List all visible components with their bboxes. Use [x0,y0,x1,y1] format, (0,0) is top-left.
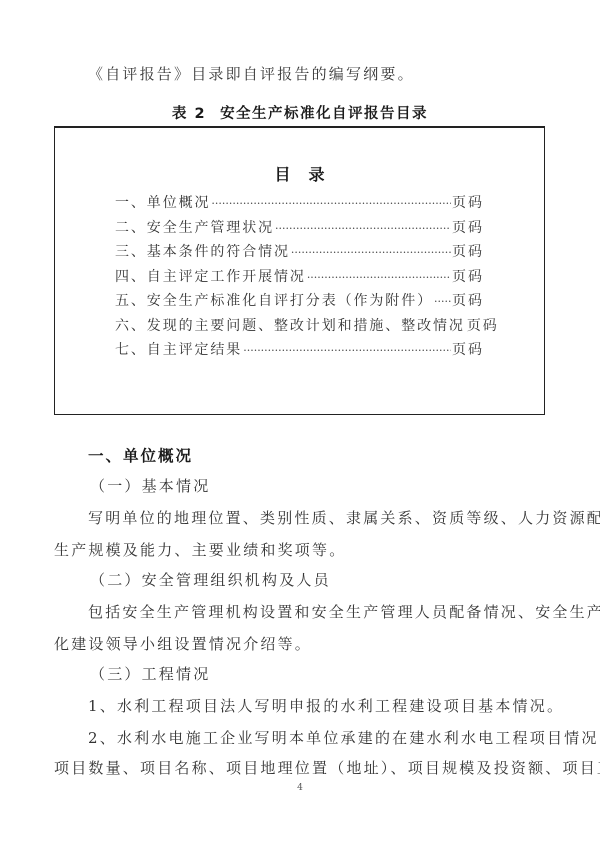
toc-item-page: 页码 [452,192,484,212]
toc-leader-dots: ········································… [243,344,451,357]
section-heading: 一、单位概况 [88,446,193,466]
toc-item-label: 六、发现的主要问题、整改计划和措施、整改情况 [115,315,465,335]
toc-list: 一、单位概况 ·································… [115,192,484,364]
toc-item: 三、基本条件的符合情况 ····························… [115,241,484,266]
table-title: 安全生产标准化自评报告目录 [220,106,428,122]
toc-leader-dots: ········································… [307,271,451,284]
paragraph-line: 1、水利工程项目法人写明申报的水利工程建设项目基本情况。 [88,696,564,716]
toc-item-label: 二、安全生产管理状况 [115,217,274,237]
paragraph-line: 项目数量、项目名称、项目地理位置（地址）、项目规模及投资额、项目工期、 [54,758,600,778]
paragraph-line: 生产规模及能力、主要业绩和奖项等。 [54,540,346,560]
page-number: 4 [0,783,600,793]
toc-title: 目录 [55,162,544,185]
toc-item: 五、安全生产标准化自评打分表（作为附件） ···················… [115,290,484,315]
toc-item-page: 页码 [452,217,484,237]
toc-item-page: 页码 [452,266,484,286]
toc-leader-dots: ········································… [434,295,451,308]
toc-item-page: 页码 [467,315,499,335]
paragraph-line: 2、水利水电施工企业写明本单位承建的在建水利水电工程项目情况：在建 [88,728,600,748]
toc-leader-dots: ········································… [291,246,451,259]
toc-item: 一、单位概况 ·································… [115,192,484,217]
subsection-heading: （三）工程情况 [90,664,210,684]
toc-item-label: 一、单位概况 [115,192,210,212]
toc-item-label: 三、基本条件的符合情况 [115,241,290,261]
toc-leader-dots: ········································… [275,222,451,235]
table-caption: 表 2安全生产标准化自评报告目录 [0,104,600,124]
toc-item-page: 页码 [452,290,484,310]
paragraph-line: 写明单位的地理位置、类别性质、隶属关系、资质等级、人力资源配置、 [88,508,600,528]
subsection-heading: （二）安全管理组织机构及人员 [90,570,331,590]
toc-item: 四、自主评定工作开展情况 ···························… [115,266,484,291]
paragraph-line: 化建设领导小组设置情况介绍等。 [54,634,312,654]
toc-item: 二、安全生产管理状况 ·····························… [115,217,484,242]
paragraph-line: 包括安全生产管理机构设置和安全生产管理人员配备情况、安全生产标准 [88,602,600,622]
toc-leader-dots: ········································… [211,197,451,210]
toc-item-label: 四、自主评定工作开展情况 [115,266,306,286]
toc-item-page: 页码 [452,241,484,261]
subsection-heading: （一）基本情况 [90,476,210,496]
toc-table: 目录 一、单位概况 ······························… [54,126,545,415]
table-number: 表 2 [172,106,206,122]
toc-item: 六、发现的主要问题、整改计划和措施、整改情况 ·················… [115,315,484,340]
toc-item-page: 页码 [452,339,484,359]
toc-item: 七、自主评定结果 ·······························… [115,339,484,364]
toc-item-label: 七、自主评定结果 [115,339,242,359]
toc-item-label: 五、安全生产标准化自评打分表（作为附件） [115,290,433,310]
intro-paragraph: 《自评报告》目录即自评报告的编写纲要。 [88,64,415,84]
